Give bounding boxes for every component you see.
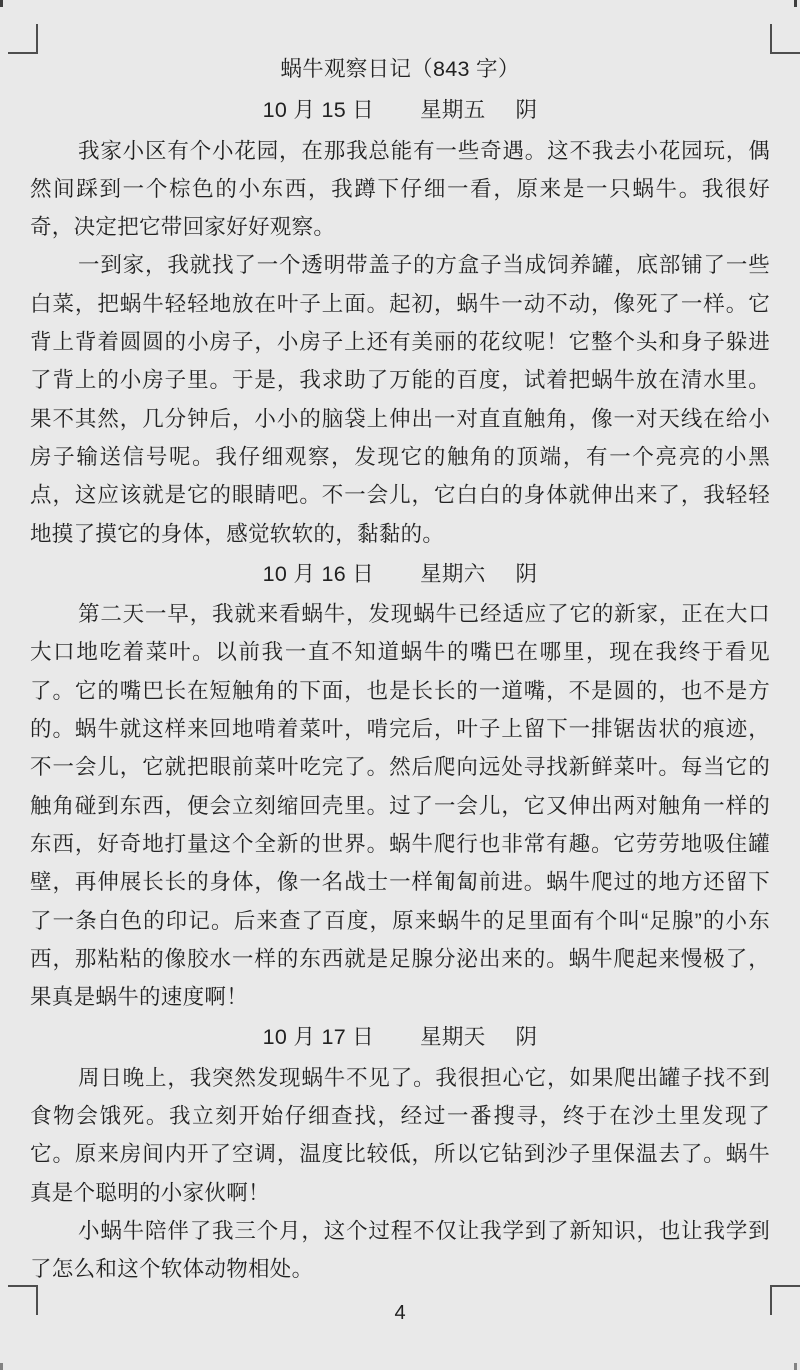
- heading-weekday: 星期六: [420, 562, 485, 586]
- heading-date: 10 月 16 日: [263, 562, 374, 586]
- section-heading-2: 10 月 16 日星期六阴: [30, 555, 770, 593]
- paragraph: 小蜗牛陪伴了我三个月，这个过程不仅让我学到了新知识，也让我学到了怎么和这个软体动…: [30, 1212, 770, 1289]
- crop-mark-top-right: [770, 24, 800, 54]
- edge-tick-top-left: [0, 0, 3, 7]
- page: { "page": { "background": "#e9e9e9", "te…: [0, 0, 800, 1370]
- edge-tick-top-right: [794, 0, 797, 7]
- section-heading-3: 10 月 17 日星期天阴: [30, 1018, 770, 1056]
- edge-tick-bottom-left: [0, 1363, 3, 1370]
- page-number: 4: [0, 1302, 800, 1325]
- paragraph: 第二天一早，我就来看蜗牛，发现蜗牛已经适应了它的新家，正在大口大口地吃着菜叶。以…: [30, 595, 770, 1016]
- heading-weather: 阴: [516, 562, 538, 586]
- heading-weekday: 星期五: [420, 98, 485, 122]
- paragraph: 我家小区有个小花园，在那我总能有一些奇遇。这不我去小花园玩，偶然间踩到一个棕色的…: [30, 132, 770, 247]
- heading-weekday: 星期天: [420, 1025, 485, 1049]
- heading-date: 10 月 17 日: [263, 1025, 374, 1049]
- paragraph: 周日晚上，我突然发现蜗牛不见了。我很担心它，如果爬出罐子找不到食物会饿死。我立刻…: [30, 1059, 770, 1212]
- paragraph: 一到家，我就找了一个透明带盖子的方盒子当成饲养罐，底部铺了一些白菜，把蜗牛轻轻地…: [30, 246, 770, 552]
- heading-date: 10 月 15 日: [263, 98, 374, 122]
- heading-weather: 阴: [516, 98, 538, 122]
- edge-tick-bottom-right: [794, 1363, 797, 1370]
- document-body: 蜗牛观察日记（843 字） 10 月 15 日星期五阴 我家小区有个小花园，在那…: [30, 50, 770, 1289]
- document-title: 蜗牛观察日记（843 字）: [30, 50, 770, 88]
- heading-weather: 阴: [516, 1025, 538, 1049]
- section-heading-1: 10 月 15 日星期五阴: [30, 91, 770, 129]
